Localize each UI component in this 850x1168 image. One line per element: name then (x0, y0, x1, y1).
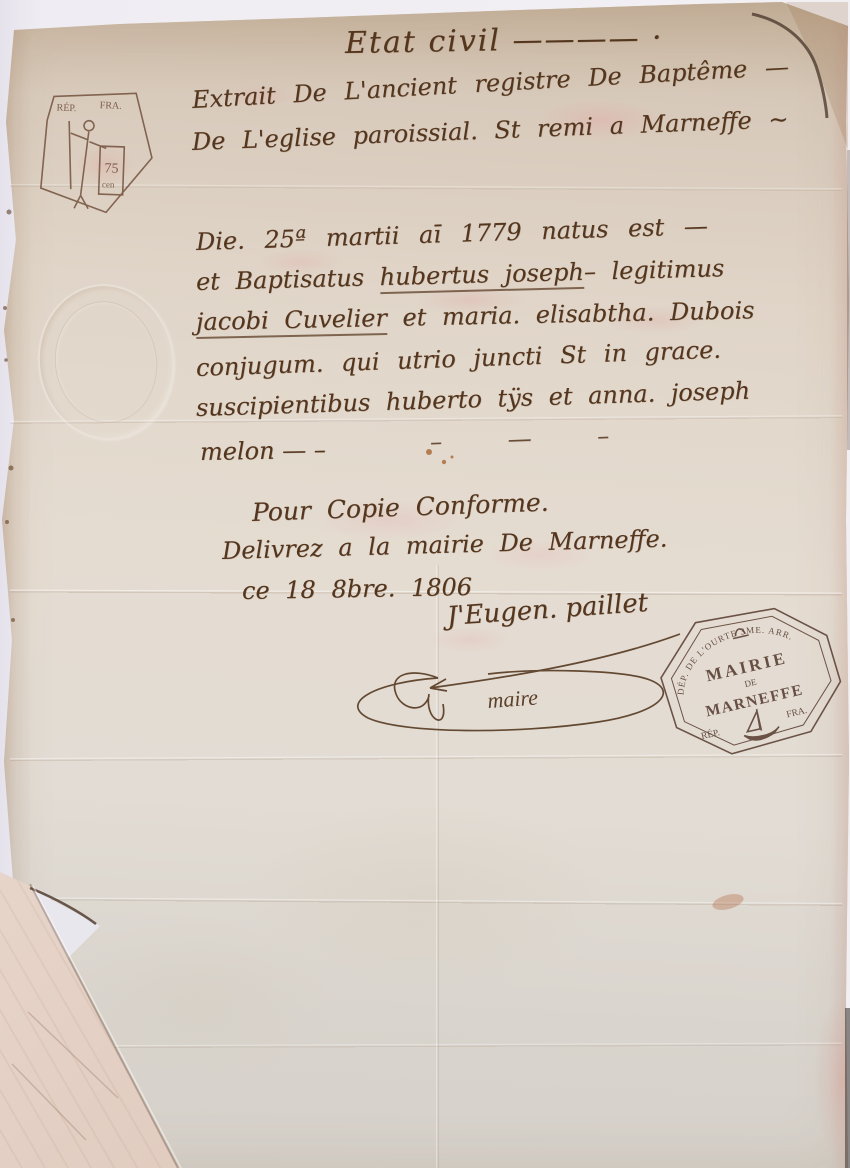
liberty-figure-body (74, 131, 91, 208)
latin-line-6: melon — – (200, 436, 326, 466)
liberty-figure-head (84, 121, 94, 131)
closing-line-3: ce 18 8bre. 1806 (242, 573, 473, 605)
sailboat-emblem-sail (743, 709, 762, 734)
signature-flourish: maire (318, 618, 690, 743)
latin-line-3-underlined-name: jacobi Cuvelier (196, 304, 388, 339)
mairie-stamp-foot-left: RÉP. (700, 726, 721, 742)
mairie-stamp-line2: DE (743, 677, 757, 690)
revenue-stamp: RÉP. FRA. 75 cen (31, 80, 162, 230)
revenue-stamp-value: 75 (104, 161, 119, 176)
revenue-stamp-unit: cen (102, 179, 115, 189)
mairie-stamp-foot-right: FRA. (786, 706, 809, 720)
revenue-stamp-fra-label: FRA. (100, 100, 122, 112)
latin-line-2-post: – legitimus (584, 254, 725, 286)
document-title: Etat civil ———— · (345, 20, 664, 61)
liberty-figure-arm (89, 142, 106, 149)
latin-line-2-pre: et Baptisatus (196, 263, 380, 296)
embossed-seal-inner-ring (47, 294, 165, 429)
latin-line-2-underlined-name: hubertus joseph (379, 258, 584, 294)
signature-role: maire (487, 685, 539, 713)
scanned-document-page: RÉP. FRA. 75 cen Etat civil ———— · Extra… (0, 0, 850, 1168)
revenue-stamp-rep-label: RÉP. (56, 102, 76, 115)
